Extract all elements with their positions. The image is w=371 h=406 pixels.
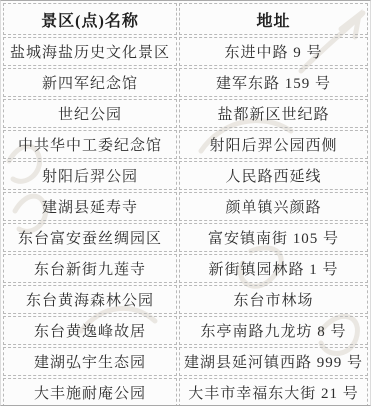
header-address: 地址: [179, 3, 368, 35]
address-cell: 人民路西延线: [179, 161, 368, 190]
scenic-name-cell: 东台富安蚕丝绸园区: [3, 223, 177, 252]
scenic-spot-table: 景区(点)名称 地址 盐城海盐历史文化景区 东进中路 9 号 新四军纪念馆 建军…: [1, 1, 370, 406]
table-row: 建湖县延寿寺 颜单镇兴颜路: [3, 192, 368, 221]
scenic-name-cell: 盐城海盐历史文化景区: [3, 37, 177, 66]
address-cell: 富安镇南街 105 号: [179, 223, 368, 252]
scenic-name-cell: 建湖弘宇生态园: [3, 347, 177, 376]
scenic-name-cell: 建湖县延寿寺: [3, 192, 177, 221]
address-cell: 新街镇园林路 1 号: [179, 254, 368, 283]
header-scenic-name: 景区(点)名称: [3, 3, 177, 35]
table-row: 新四军纪念馆 建军东路 159 号: [3, 68, 368, 97]
table-row: 盐城海盐历史文化景区 东进中路 9 号: [3, 37, 368, 66]
scenic-name-cell: 东台黄海森林公园: [3, 285, 177, 314]
poi-table-sheet: 景区(点)名称 地址 盐城海盐历史文化景区 东进中路 9 号 新四军纪念馆 建军…: [0, 0, 371, 406]
address-cell: 射阳后羿公园西侧: [179, 130, 368, 159]
address-cell: 大丰市幸福东大街 21 号: [179, 378, 368, 406]
address-cell: 东台市林场: [179, 285, 368, 314]
address-cell: 东亭南路九龙坊 8 号: [179, 316, 368, 345]
table-row: 大丰施耐庵公园 大丰市幸福东大街 21 号: [3, 378, 368, 406]
table-row: 东台黄逸峰故居 东亭南路九龙坊 8 号: [3, 316, 368, 345]
scenic-name-cell: 世纪公园: [3, 99, 177, 128]
scenic-name-cell: 射阳后羿公园: [3, 161, 177, 190]
table-row: 东台新街九莲寺 新街镇园林路 1 号: [3, 254, 368, 283]
address-cell: 东进中路 9 号: [179, 37, 368, 66]
address-cell: 颜单镇兴颜路: [179, 192, 368, 221]
address-cell: 建军东路 159 号: [179, 68, 368, 97]
table-row: 建湖弘宇生态园 建湖县延河镇西路 999 号: [3, 347, 368, 376]
header-row: 景区(点)名称 地址: [3, 3, 368, 35]
table-row: 中共华中工委纪念馆 射阳后羿公园西侧: [3, 130, 368, 159]
scenic-name-cell: 中共华中工委纪念馆: [3, 130, 177, 159]
table-row: 东台富安蚕丝绸园区 富安镇南街 105 号: [3, 223, 368, 252]
table-row: 世纪公园 盐都新区世纪路: [3, 99, 368, 128]
scenic-name-cell: 大丰施耐庵公园: [3, 378, 177, 406]
table-row: 射阳后羿公园 人民路西延线: [3, 161, 368, 190]
address-cell: 盐都新区世纪路: [179, 99, 368, 128]
scenic-name-cell: 东台黄逸峰故居: [3, 316, 177, 345]
address-cell: 建湖县延河镇西路 999 号: [179, 347, 368, 376]
table-row: 东台黄海森林公园 东台市林场: [3, 285, 368, 314]
scenic-name-cell: 东台新街九莲寺: [3, 254, 177, 283]
scenic-name-cell: 新四军纪念馆: [3, 68, 177, 97]
